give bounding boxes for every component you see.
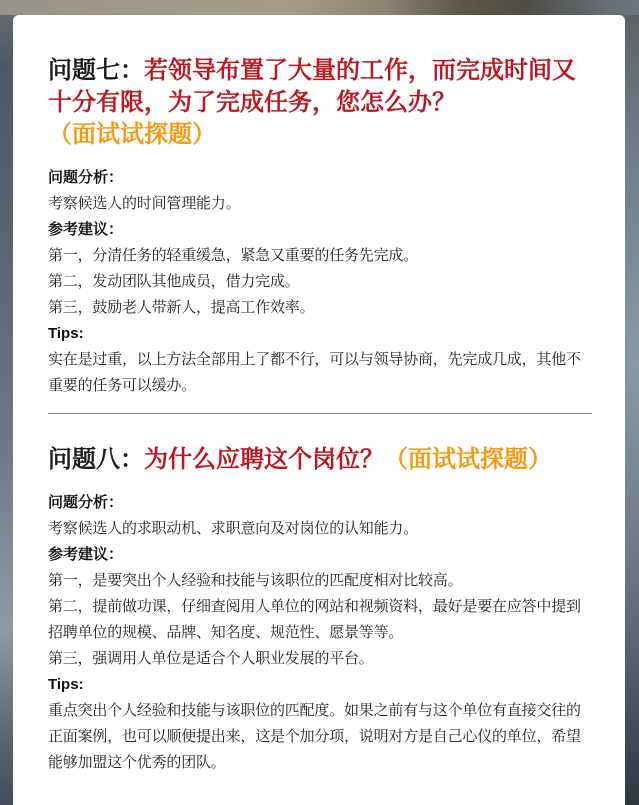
advice-item: 第二，发动团队其他成员，借力完成。 xyxy=(48,269,592,295)
advice-label: 参考建议： xyxy=(48,542,592,568)
advice-item: 第三，强调用人单位是适合个人职业发展的平台。 xyxy=(48,646,592,672)
question-seven-section: 问题七：若领导布置了大量的工作，而完成时间又十分有限，为了完成任务，您怎么办？（… xyxy=(48,55,592,399)
tips-text: 重点突出个人经验和技能与该职位的匹配度。如果之前有与这个单位有直接交往的正面案例… xyxy=(48,698,592,776)
background-top-band xyxy=(0,0,639,15)
tips-label: Tips: xyxy=(48,672,592,698)
question-seven-body: 问题分析： 考察候选人的时间管理能力。 参考建议： 第一，分清任务的轻重缓急，紧… xyxy=(48,165,592,399)
tips-text: 实在是过重，以上方法全部用上了都不行，可以与领导协商，先完成几成，其他不重要的任… xyxy=(48,347,592,399)
section-divider xyxy=(48,413,592,414)
advice-item: 第三，鼓励老人带新人，提高工作效率。 xyxy=(48,295,592,321)
advice-item: 第一，分清任务的轻重缓急，紧急又重要的任务先完成。 xyxy=(48,243,592,269)
question-eight-number: 问题八： xyxy=(48,446,144,473)
background-left-strip xyxy=(0,0,13,805)
analysis-label: 问题分析： xyxy=(48,165,592,191)
analysis-label: 问题分析： xyxy=(48,490,592,516)
advice-item: 第二，提前做功课，仔细查阅用人单位的网站和视频资料，最好是要在应答中提到招聘单位… xyxy=(48,594,592,646)
content-card: 问题七：若领导布置了大量的工作，而完成时间又十分有限，为了完成任务，您怎么办？（… xyxy=(13,15,625,805)
analysis-text: 考察候选人的求职动机、求职意向及对岗位的认知能力。 xyxy=(48,516,592,542)
advice-label: 参考建议： xyxy=(48,217,592,243)
tips-label: Tips: xyxy=(48,321,592,347)
question-seven-tag: （面试试探题） xyxy=(48,119,592,151)
question-seven-number: 问题七： xyxy=(48,57,144,84)
question-eight-tag: （面试试探题） xyxy=(384,446,552,473)
advice-item: 第一，是要突出个人经验和技能与该职位的匹配度相对比较高。 xyxy=(48,568,592,594)
question-eight-title: 问题八：为什么应聘这个岗位？（面试试探题） xyxy=(48,444,592,476)
question-eight-section: 问题八：为什么应聘这个岗位？（面试试探题） 问题分析： 考察候选人的求职动机、求… xyxy=(48,444,592,776)
background-right-strip xyxy=(625,0,639,805)
question-eight-body: 问题分析： 考察候选人的求职动机、求职意向及对岗位的认知能力。 参考建议： 第一… xyxy=(48,490,592,776)
analysis-text: 考察候选人的时间管理能力。 xyxy=(48,191,592,217)
question-seven-title: 问题七：若领导布置了大量的工作，而完成时间又十分有限，为了完成任务，您怎么办？（… xyxy=(48,55,592,151)
question-eight-text: 为什么应聘这个岗位？ xyxy=(144,446,384,473)
